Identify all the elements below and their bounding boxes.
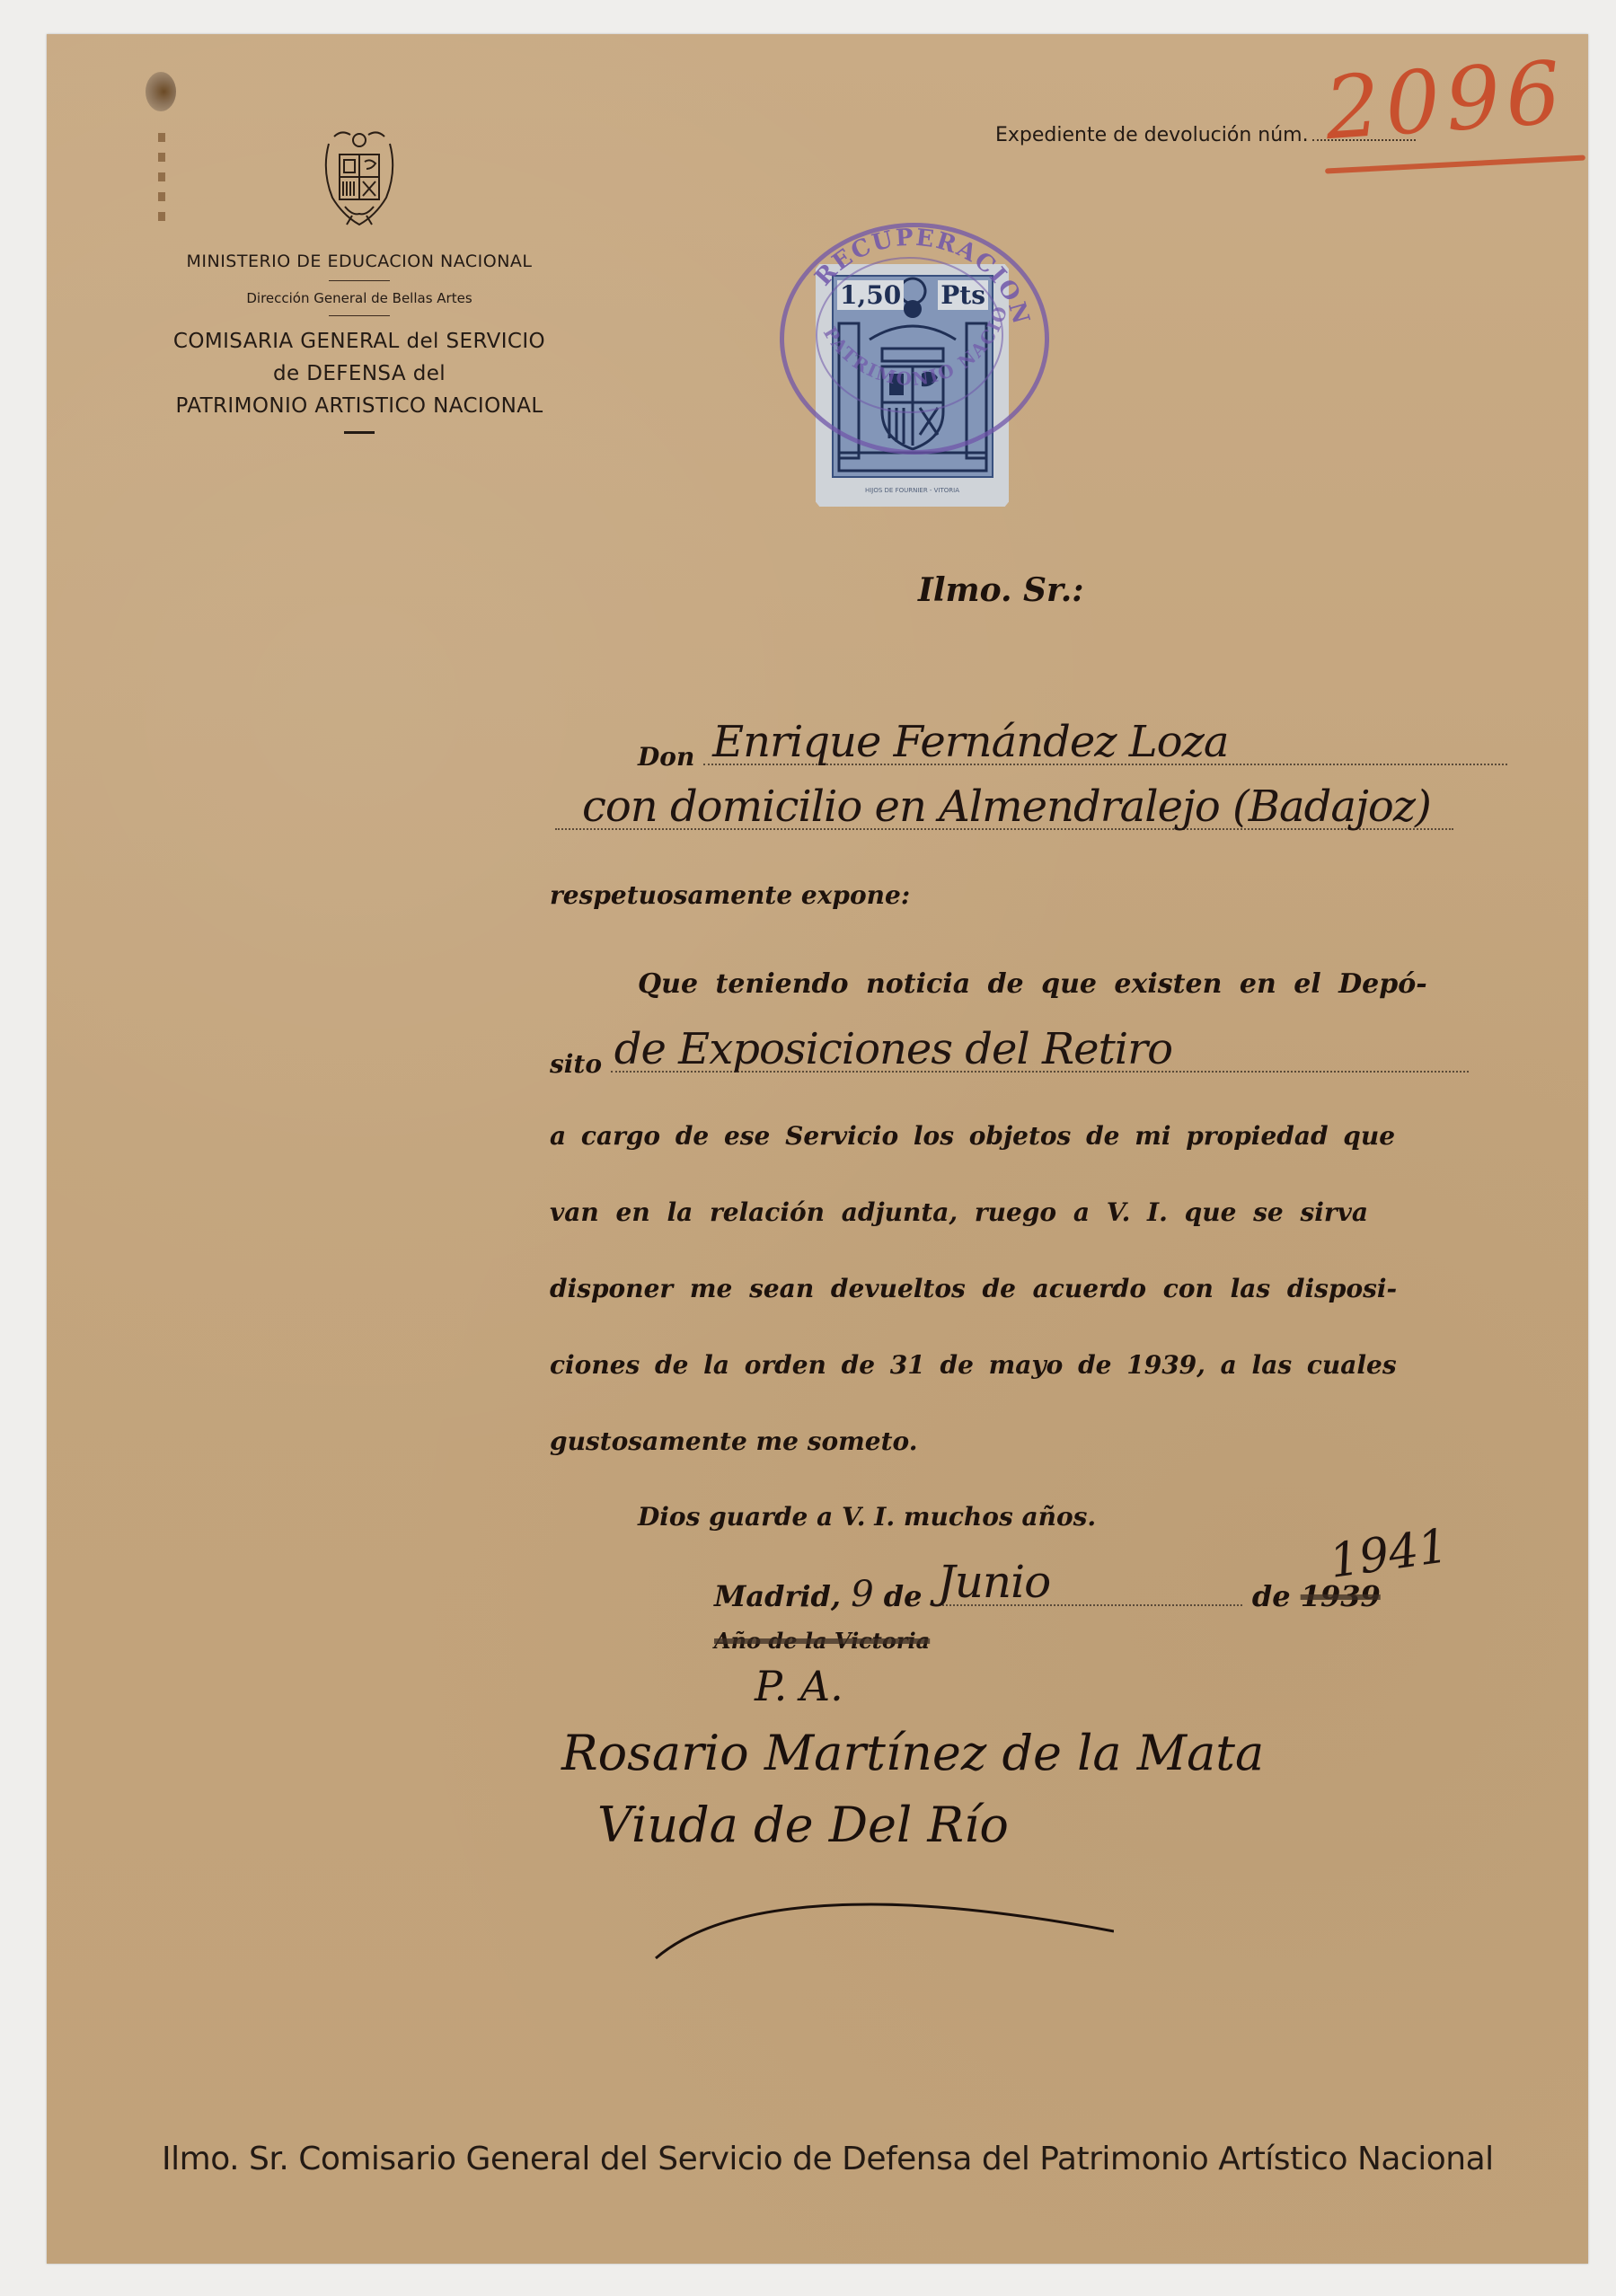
- struck-motto: Año de la Victoria: [714, 1628, 930, 1654]
- date-de-2: de: [1252, 1579, 1291, 1613]
- stamp-printer-text: HIJOS DE FOURNIER - VITORIA: [816, 487, 1009, 494]
- signature-pa: P. A.: [755, 1662, 843, 1710]
- body-line-2: sito de Exposiciones del Retiro: [550, 1046, 1469, 1079]
- requester-name-handwritten: Enrique Fernández Loza: [712, 717, 1228, 767]
- body-line-3: a cargo de ese Servicio los objetos de m…: [550, 1121, 1395, 1151]
- signature-flourish: [647, 1868, 1114, 1967]
- requester-domicile-field: con domicilio en Almendralejo (Badajoz): [555, 801, 1453, 830]
- requester-prefix: Don: [638, 742, 694, 772]
- date-place: Madrid,: [714, 1579, 841, 1613]
- salutation: Ilmo. Sr.:: [918, 571, 1084, 609]
- deposit-field: de Exposiciones del Retiro: [611, 1046, 1469, 1073]
- intro-text: respetuosamente expone:: [550, 880, 910, 910]
- body-line-6: ciones de la orden de 31 de mayo de 1939…: [550, 1350, 1397, 1380]
- seal-text-ring: RECUPERACION PATRIMONIO NACIONAL: [773, 214, 1051, 456]
- commission-line-1: COMISARIA GENERAL del SERVICIO: [144, 325, 575, 358]
- commission-line-2: de DEFENSA del: [144, 358, 575, 390]
- requester-domicile-handwritten: con domicilio en Almendralejo (Badajoz): [582, 782, 1431, 832]
- letterhead: MINISTERIO DE EDUCACION NACIONAL Direcci…: [144, 126, 575, 434]
- directorate-name: Dirección General de Bellas Artes: [144, 290, 575, 306]
- month-handwritten: Junio: [938, 1556, 1051, 1608]
- body-line-5: disponer me sean devueltos de acuerdo co…: [550, 1274, 1397, 1303]
- file-number-handwritten: 2096: [1321, 42, 1568, 159]
- requester-name-line: Don Enrique Fernández Loza: [638, 737, 1507, 772]
- requester-domicile-line: con domicilio en Almendralejo (Badajoz): [555, 801, 1453, 836]
- body-line-4: van en la relación adjunta, ruego a V. I…: [550, 1197, 1368, 1227]
- date-line: Madrid, 9 de Junio de 1939: [714, 1574, 1381, 1615]
- punch-hole-mark: [146, 72, 176, 111]
- divider: [344, 431, 375, 434]
- file-reference-label: Expediente de devolución núm.: [995, 124, 1309, 146]
- revenue-stamp-and-seal: 1,50 Pts HIJOS DE FOURNIER - VITORIA REC…: [773, 214, 1060, 510]
- deposit-handwritten: de Exposiciones del Retiro: [614, 1024, 1172, 1074]
- date-day-handwritten: 9: [851, 1574, 873, 1615]
- signature-line-1: Rosario Martínez de la Mata: [561, 1725, 1264, 1781]
- closing-formula: Dios guarde a V. I. muchos años.: [638, 1502, 1096, 1532]
- body-line-1: Que teniendo noticia de que existen en e…: [638, 968, 1427, 1000]
- body-line-2-prefix: sito: [550, 1049, 602, 1079]
- ministry-name: MINISTERIO DE EDUCACION NACIONAL: [144, 252, 575, 271]
- divider: [329, 315, 390, 316]
- signature-line-2: Viuda de Del Río: [597, 1797, 1009, 1853]
- requester-name-field: Enrique Fernández Loza: [703, 737, 1507, 765]
- month-field: Junio: [932, 1581, 1242, 1606]
- commission-line-3: PATRIMONIO ARTISTICO NACIONAL: [144, 390, 575, 422]
- divider: [329, 280, 390, 281]
- date-de-1: de: [884, 1579, 923, 1613]
- spanish-coat-of-arms-icon: [316, 126, 402, 232]
- body-line-7: gustosamente me someto.: [550, 1426, 917, 1456]
- footer-addressee: Ilmo. Sr. Comisario General del Servicio…: [162, 2141, 1494, 2177]
